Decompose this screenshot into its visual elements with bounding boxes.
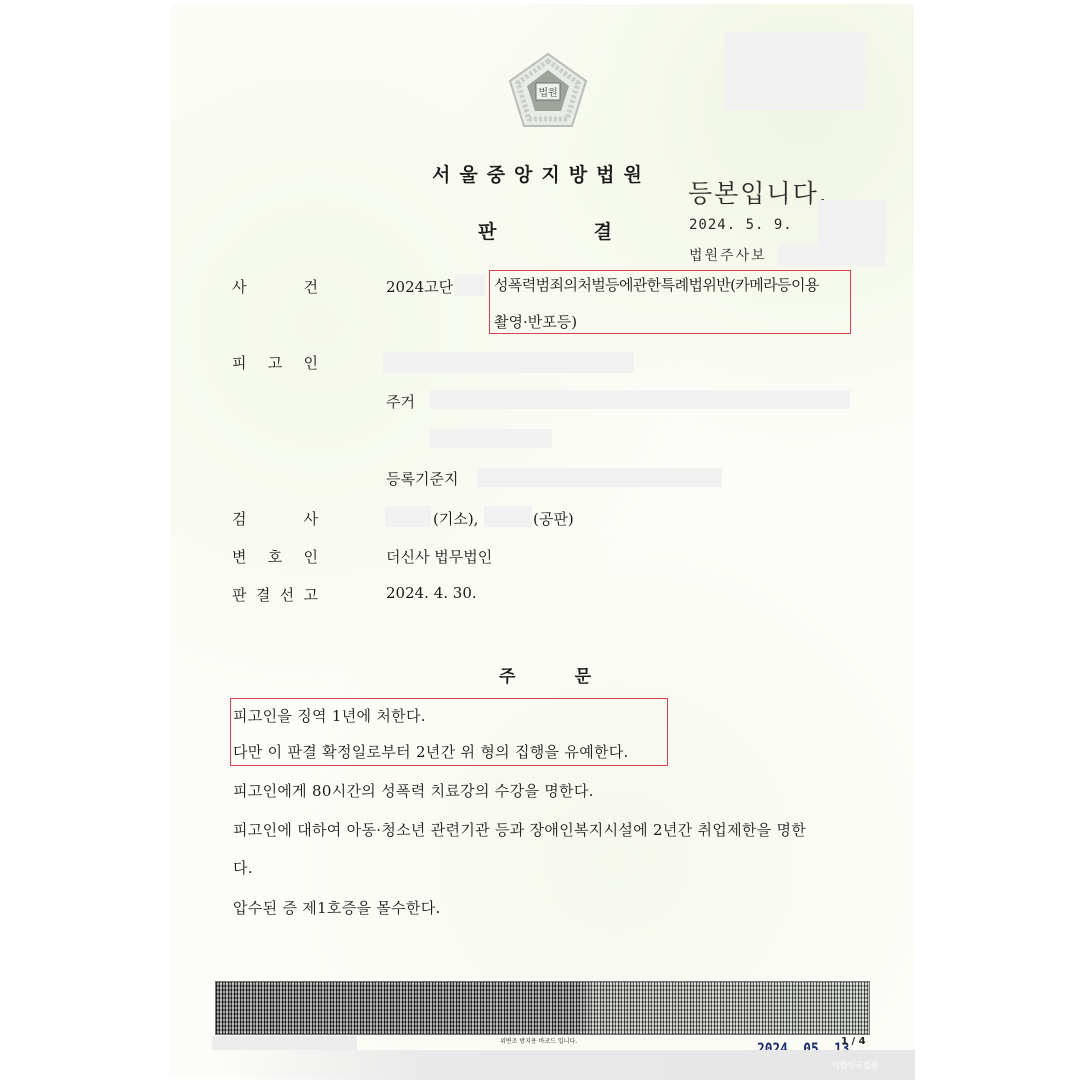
svg-text:법원: 법원 bbox=[538, 86, 557, 99]
redacted-block bbox=[212, 1036, 357, 1050]
label-char: 검 bbox=[232, 508, 247, 529]
anti-forgery-barcode bbox=[215, 981, 870, 1035]
title-char: 결 bbox=[594, 217, 612, 244]
label-char: 고 bbox=[303, 584, 318, 605]
order-line: 피고인을 징역 1년에 처한다. bbox=[233, 705, 426, 726]
redacted-block bbox=[385, 506, 431, 527]
trial-suffix: (공판) bbox=[533, 508, 574, 529]
certification-date: 2024. 5. 9. bbox=[689, 217, 793, 233]
order-line: 압수된 증 제1호증을 몰수한다. bbox=[233, 897, 441, 918]
defendant-label: 피 고 인 bbox=[232, 352, 318, 373]
label-char: 피 bbox=[232, 352, 247, 373]
case-number: 2024고단 bbox=[386, 276, 453, 297]
label-char: 인 bbox=[304, 352, 319, 373]
indictment-suffix: (기소), bbox=[433, 508, 478, 529]
order-line: 피고인에게 80시간의 성폭력 치료강의 수강을 명한다. bbox=[233, 780, 594, 801]
title-char: 판 bbox=[478, 217, 496, 244]
sentencing-date-value: 2024. 4. 30. bbox=[386, 584, 477, 602]
label-char: 변 bbox=[232, 546, 247, 567]
label-char: 인 bbox=[304, 546, 319, 567]
title-char: 문 bbox=[575, 662, 591, 687]
order-line: 피고인에 대하여 아동·청소년 관련기관 등과 장애인복지시설에 2년간 취업제… bbox=[233, 819, 806, 840]
document-type-title: 판 결 bbox=[478, 217, 612, 244]
label-char: 결 bbox=[256, 584, 271, 605]
redacted-block bbox=[484, 506, 532, 527]
registered-domicile-label: 등록기준지 bbox=[386, 468, 458, 489]
redacted-block bbox=[430, 429, 552, 448]
redacted-block bbox=[818, 200, 886, 266]
court-emblem-icon: 법원 bbox=[508, 52, 588, 128]
residence-label: 주거 bbox=[386, 391, 415, 412]
redacted-block bbox=[430, 390, 850, 409]
redacted-block bbox=[778, 244, 828, 266]
footer-band bbox=[213, 1050, 915, 1080]
label-char: 사 bbox=[232, 276, 247, 297]
issuer-watermark: 대한민국법원 bbox=[832, 1060, 878, 1071]
label-char: 호 bbox=[268, 546, 283, 567]
label-char: 고 bbox=[268, 352, 283, 373]
court-name: 서울중앙지방법원 bbox=[432, 160, 651, 187]
page-indicator: 1 / 4 bbox=[841, 1036, 866, 1047]
case-name-line-1: 성폭력범죄의처벌등에관한특례법위반(카메라등이용 bbox=[494, 274, 819, 295]
label-char: 선 bbox=[280, 584, 295, 605]
redacted-block bbox=[724, 32, 865, 110]
redacted-block bbox=[383, 352, 634, 373]
case-name-line-2: 촬영·반포등) bbox=[494, 311, 577, 332]
label-char: 건 bbox=[304, 276, 319, 297]
certified-copy-text: 등본입니다. bbox=[688, 174, 829, 210]
redacted-block bbox=[455, 274, 485, 296]
defense-counsel-value: 더신사 법무법인 bbox=[386, 546, 492, 567]
title-char: 주 bbox=[499, 662, 515, 687]
barcode-caption: 위변조 방지용 바코드 입니다. bbox=[500, 1036, 577, 1045]
label-char: 사 bbox=[304, 508, 319, 529]
label-char: 판 bbox=[232, 584, 247, 605]
case-label: 사 건 bbox=[232, 276, 318, 297]
order-line: 다. bbox=[233, 857, 253, 878]
order-section-title: 주 문 bbox=[499, 662, 591, 687]
order-line: 다만 이 판결 확정일로부터 2년간 위 형의 집행을 유예한다. bbox=[233, 741, 629, 762]
defense-counsel-label: 변 호 인 bbox=[232, 546, 318, 567]
sentencing-date-label: 판 결 선 고 bbox=[232, 584, 318, 605]
clerk-title: 법원주사보 bbox=[689, 245, 767, 265]
prosecutor-label: 검 사 bbox=[232, 508, 318, 529]
redacted-block bbox=[477, 468, 722, 487]
